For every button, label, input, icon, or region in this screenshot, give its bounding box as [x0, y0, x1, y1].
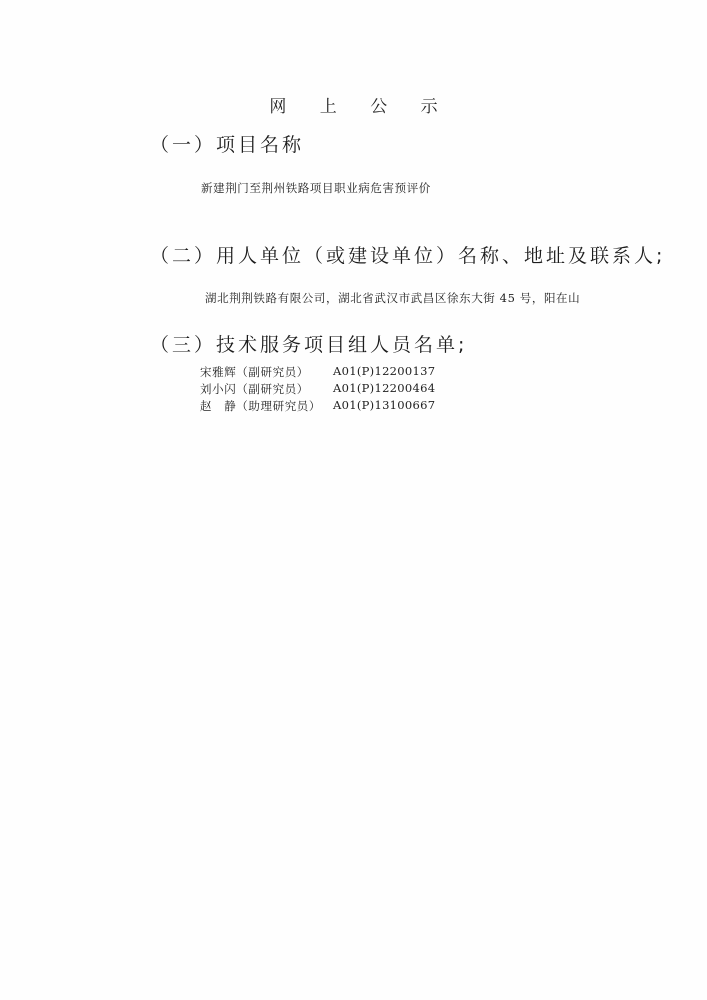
- section-heading-employer: （二）用人单位（或建设单位）名称、地址及联系人;: [150, 241, 665, 268]
- project-name-text: 新建荆门至荆州铁路项目职业病危害预评价: [201, 180, 431, 196]
- staff-name: 刘小闪（副研究员）: [200, 381, 309, 397]
- document-page: 网 上 公 示 （一）项目名称 新建荆门至荆州铁路项目职业病危害预评价 （二）用…: [0, 0, 707, 1000]
- page-title: 网 上 公 示: [0, 92, 707, 117]
- staff-id: A01(P)12200137: [333, 364, 435, 378]
- staff-name: 赵 静（助理研究员）: [200, 398, 321, 414]
- section-heading-staff-list: （三）技术服务项目组人员名单;: [150, 330, 467, 357]
- employer-info-text: 湖北荆荆铁路有限公司，湖北省武汉市武昌区徐东大街 45 号，阳在山: [205, 290, 580, 306]
- staff-name: 宋雅辉（副研究员）: [200, 364, 309, 380]
- section-heading-project-name: （一）项目名称: [150, 130, 304, 157]
- staff-id: A01(P)13100667: [333, 398, 435, 412]
- staff-id: A01(P)12200464: [333, 381, 435, 395]
